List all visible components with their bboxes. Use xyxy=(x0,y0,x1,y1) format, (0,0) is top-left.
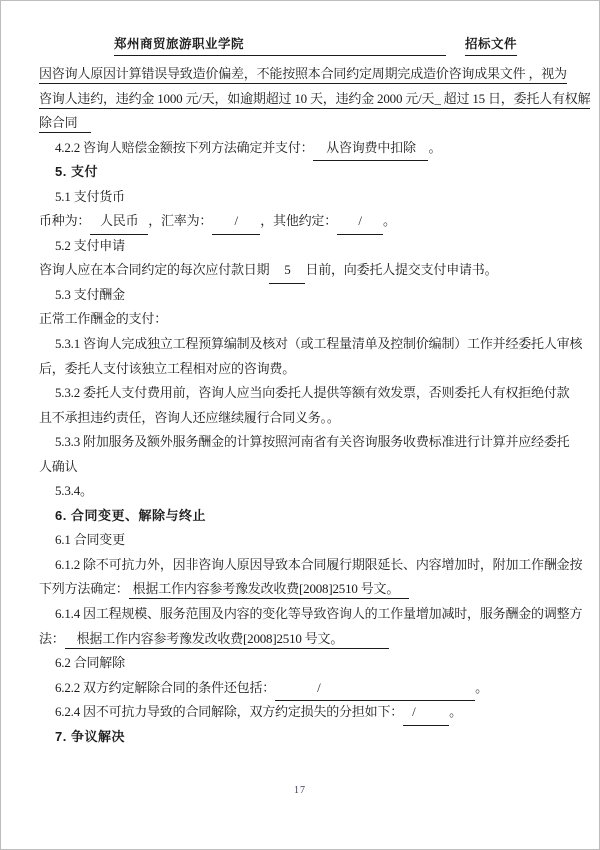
filled-blank-days: 5 xyxy=(269,258,305,284)
document-body: 因咨询人原因计算错误导致造价偏差，不能按照本合同约定周期完成造价咨询成果文件 ，… xyxy=(39,62,569,749)
empty-blank-termination-conditions: / xyxy=(275,676,475,702)
clause-4-2-2: 4.2.2 咨询人赔偿金额按下列方法确定并支付：从咨询费中扣除。 xyxy=(39,136,569,161)
filled-blank-other-agreement: / xyxy=(337,209,383,235)
empty-blank-loss-sharing: / xyxy=(403,700,449,726)
clause-normal-remuneration: 正常工作酬金的支付： xyxy=(39,307,569,332)
filled-blank-currency: 人民币 xyxy=(90,209,148,235)
document-page: 郑州商贸旅游职业学院 招标文件 因咨询人原因计算错误导致造价偏差，不能按照本合同… xyxy=(0,0,600,850)
filled-blank-fee-reference-1: 根据工作内容参考豫发改收费[2008]2510 号文。 xyxy=(129,581,410,599)
filled-blank-compensation-method: 从咨询费中扣除 xyxy=(313,136,428,162)
clause-5-3-4: 5.3.4。 xyxy=(39,479,569,504)
clause-6-1-4-line-1: 6.1.4 因工程规模、服务范围及内容的变化等导致咨询人的工作量增加减时，服务酬… xyxy=(39,602,569,627)
clause-5-2-heading: 5.2 支付申请 xyxy=(39,234,569,259)
clause-5-1-heading: 5.1 支付货币 xyxy=(39,185,569,210)
clause-6-1-2-line-1: 6.1.2 除不可抗力外，因非咨询人原因导致本合同履行期限延长、内容增加时，附加… xyxy=(39,553,569,578)
clause-5-3-2-line-1: 5.3.2 委托人支付费用前，咨询人应当向委托人提供等额有效发票，否则委托人有权… xyxy=(39,381,569,406)
section-6-heading: 6. 合同变更、解除与终止 xyxy=(39,504,569,529)
clause-payment-request: 咨询人应在本合同约定的每次应付款日期5日前，向委托人提交支付申请书。 xyxy=(39,258,569,283)
clause-penalty-line-1: 因咨询人原因计算错误导致造价偏差，不能按照本合同约定周期完成造价咨询成果文件 ，… xyxy=(39,62,569,87)
clause-penalty-line-3: 除合同 xyxy=(39,111,569,136)
clause-6-1-2-line-2: 下列方法确定：根据工作内容参考豫发改收费[2008]2510 号文。 xyxy=(39,577,569,602)
clause-6-2-heading: 6.2 合同解除 xyxy=(39,651,569,676)
filled-blank-fee-reference-2: 根据工作内容参考豫发改收费[2008]2510 号文。 xyxy=(65,631,390,649)
clause-6-2-2: 6.2.2 双方约定解除合同的条件还包括：/。 xyxy=(39,676,569,701)
section-5-heading: 5. 支付 xyxy=(39,160,569,185)
clause-5-3-2-line-2: 且不承担违约责任，咨询人还应继续履行合同义务。。 xyxy=(39,406,569,431)
header-doc-type: 招标文件 xyxy=(465,34,517,56)
clause-5-3-1-line-1: 5.3.1 咨询人完成独立工程预算编制及核对（或工程量清单及控制价编制）工作并经… xyxy=(39,332,569,357)
clause-5-3-1-line-2: 后，委托人支付该独立工程相对应的咨询费。 xyxy=(39,357,569,382)
clause-penalty-line-2: 咨询人违约，违约金 1000 元/天，如逾期超过 10 天，违约金 2000 元… xyxy=(39,87,569,112)
clause-5-3-3-line-1: 5.3.3 附加服务及额外服务酬金的计算按照河南省有关咨询服务收费标准进行计算并… xyxy=(39,430,569,455)
clause-6-2-4: 6.2.4 因不可抗力导致的合同解除，双方约定损失的分担如下：/。 xyxy=(39,700,569,725)
clause-5-3-heading: 5.3 支付酬金 xyxy=(39,283,569,308)
clause-6-1-heading: 6.1 合同变更 xyxy=(39,528,569,553)
header-school-name: 郑州商贸旅游职业学院 xyxy=(114,34,446,56)
clause-6-1-4-line-2: 法：根据工作内容参考豫发改收费[2008]2510 号文。 xyxy=(39,627,569,652)
clause-5-3-3-line-2: 人确认 xyxy=(39,455,569,480)
filled-blank-exchange-rate: / xyxy=(212,209,260,235)
page-number: 17 xyxy=(1,785,599,796)
section-7-heading: 7. 争议解决 xyxy=(39,725,569,750)
clause-currency: 币种为：人民币，汇率为：/，其他约定：/。 xyxy=(39,209,569,234)
